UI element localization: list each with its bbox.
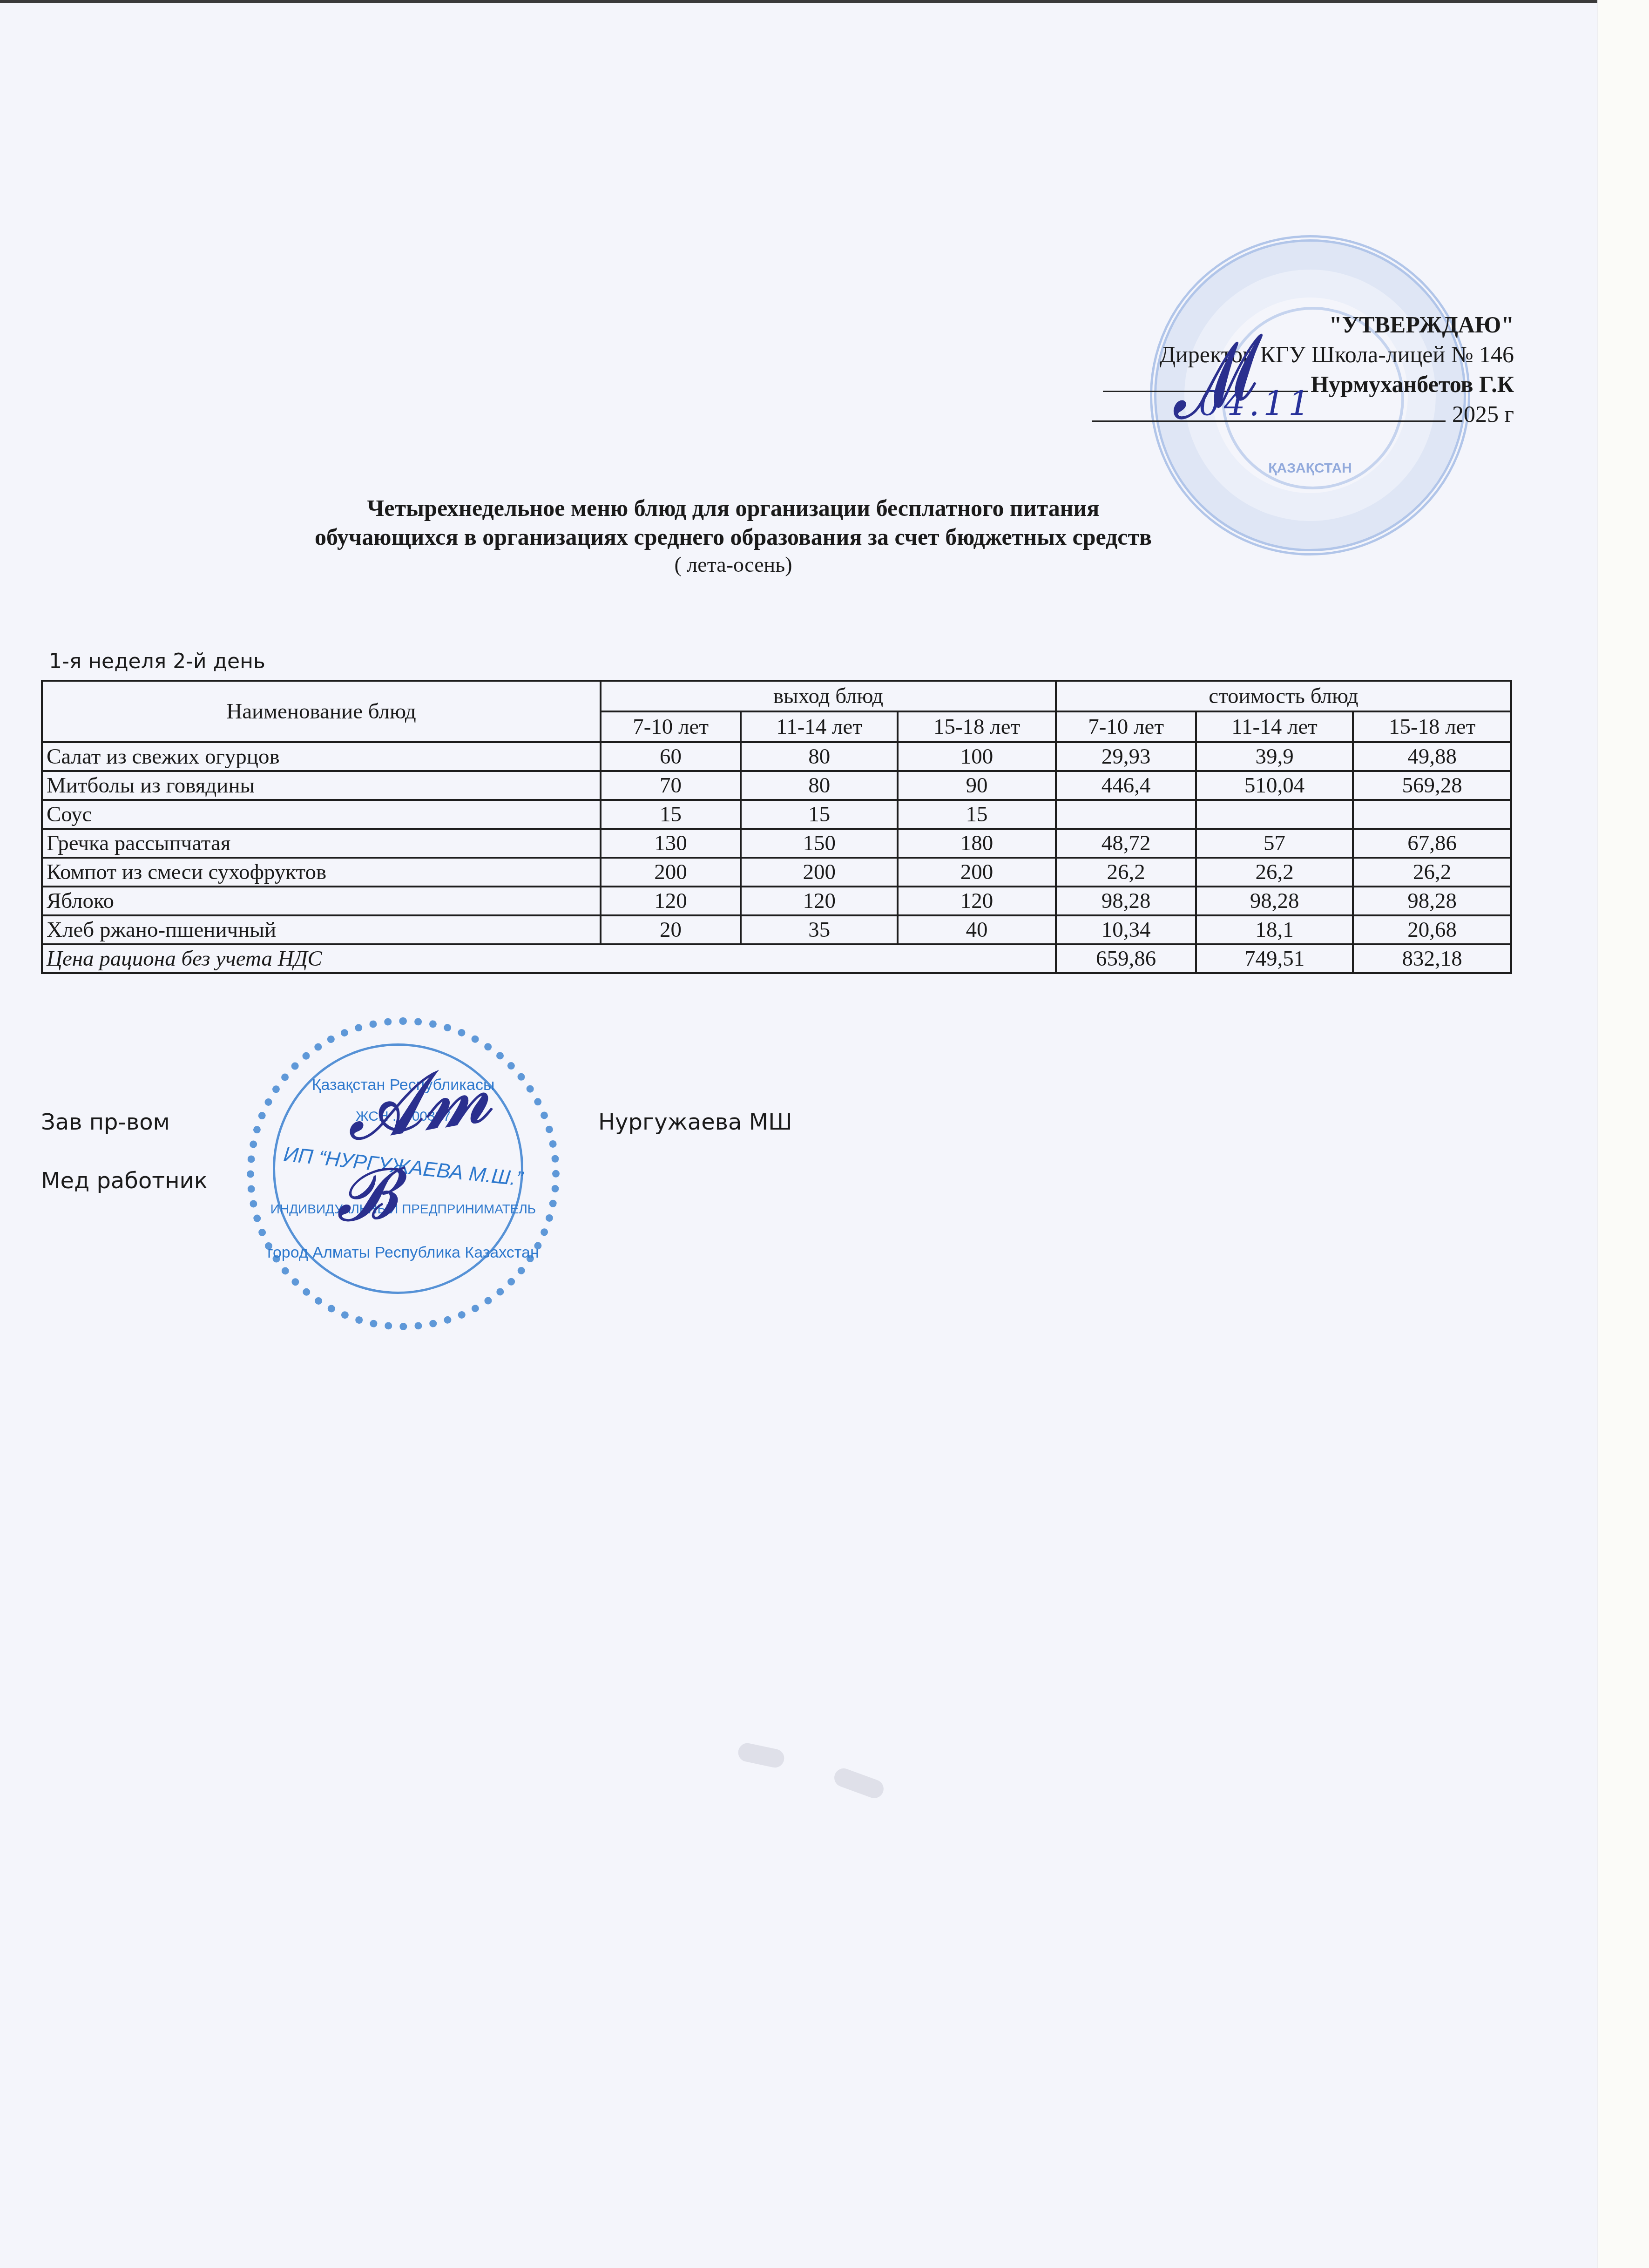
yield-cell: 100 [898,742,1056,771]
cost-cell: 98,28 [1056,887,1196,915]
table-row: Салат из свежих огурцов608010029,9339,94… [42,742,1511,771]
yield-cell: 40 [898,915,1056,944]
cost-cell: 20,68 [1353,915,1511,944]
cost-cell: 510,04 [1196,771,1353,800]
cost-cell [1056,800,1196,829]
document-title: Четырехнедельное меню блюд для организац… [0,494,1467,578]
cost-cell: 569,28 [1353,771,1511,800]
approval-name: Нурмуханбетов Г.К [1311,371,1514,397]
dish-name: Митболы из говядины [42,771,601,800]
yield-cell: 200 [741,858,898,887]
cost-cell: 446,4 [1056,771,1196,800]
total-cost: 749,51 [1196,944,1353,973]
dish-name: Яблоко [42,887,601,915]
table-row: Гречка рассыпчатая13015018048,725767,86 [42,829,1511,858]
table-row: Яблоко12012012098,2898,2898,28 [42,887,1511,915]
table-row: Хлеб ржано-пшеничный20354010,3418,120,68 [42,915,1511,944]
cost-cell: 98,28 [1353,887,1511,915]
approval-year: 2025 г [1452,401,1514,427]
cost-cell: 26,2 [1353,858,1511,887]
yield-cell: 200 [601,858,741,887]
cost-cell: 29,93 [1056,742,1196,771]
age-header: 11-14 лет [741,711,898,742]
yield-cell: 130 [601,829,741,858]
med-signature: 𝓑 [332,1153,399,1239]
yield-cell: 90 [898,771,1056,800]
age-header: 15-18 лет [898,711,1056,742]
menu-body: Салат из свежих огурцов608010029,9339,94… [42,742,1511,973]
yield-cell: 180 [898,829,1056,858]
table-row: Компот из смеси сухофруктов20020020026,2… [42,858,1511,887]
dish-name: Компот из смеси сухофруктов [42,858,601,887]
total-row: Цена рациона без учета НДС659,86749,5183… [42,944,1511,973]
scan-smudge [737,1741,786,1769]
yield-cell: 15 [898,800,1056,829]
date-line: 04.11 [1092,402,1446,422]
yield-cell: 20 [601,915,741,944]
cost-cell: 57 [1196,829,1353,858]
approval-block: "УТВЕРЖДАЮ" Директор КГУ Школа-лицей № 1… [1092,310,1514,429]
stamp-bottom-arc: город Алматы Республика Казахстан [254,1244,552,1262]
title-line-1: Четырехнедельное меню блюд для организац… [0,494,1467,522]
yield-cell: 120 [601,887,741,915]
yield-cell: 150 [741,829,898,858]
cost-cell: 98,28 [1196,887,1353,915]
total-cost: 659,86 [1056,944,1196,973]
dish-name: Хлеб ржано-пшеничный [42,915,601,944]
age-header: 11-14 лет [1196,711,1353,742]
stamp-label: ҚАЗАҚСТАН [1156,460,1464,476]
table-row: Соус151515 [42,800,1511,829]
cost-cell: 67,86 [1353,829,1511,858]
header-cost-group: стоимость блюд [1056,681,1511,711]
stamp-type: ИНДИВИДУАЛЬНЫЙ ПРЕДПРИНИМАТЕЛЬ [254,1202,552,1217]
yield-cell: 15 [601,800,741,829]
cost-cell: 26,2 [1056,858,1196,887]
yield-cell: 15 [741,800,898,829]
header-dish-name: Наименование блюд [42,681,601,742]
yield-cell: 200 [898,858,1056,887]
day-label: 1-я неделя 2-й день [49,650,265,673]
title-line-2: обучающихся в организациях среднего обра… [0,522,1467,551]
zav-role: Зав пр-вом [41,1109,170,1135]
dish-name: Соус [42,800,601,829]
med-role: Мед работник [41,1168,208,1194]
header-yield-group: выход блюд [601,681,1056,711]
yield-cell: 80 [741,771,898,800]
yield-cell: 70 [601,771,741,800]
zav-name: Нургужаева МШ [598,1109,792,1135]
cost-cell: 26,2 [1196,858,1353,887]
age-header: 15-18 лет [1353,711,1511,742]
cost-cell: 10,34 [1056,915,1196,944]
dish-name: Гречка рассыпчатая [42,829,601,858]
title-season: ( лета-осень) [0,551,1467,578]
age-header: 7-10 лет [601,711,741,742]
yield-cell: 120 [741,887,898,915]
scan-smudge [831,1766,886,1801]
yield-cell: 60 [601,742,741,771]
yield-cell: 80 [741,742,898,771]
cost-cell: 18,1 [1196,915,1353,944]
table-row: Митболы из говядины708090446,4510,04569,… [42,771,1511,800]
yield-cell: 35 [741,915,898,944]
cost-cell: 49,88 [1353,742,1511,771]
cost-cell: 39,9 [1196,742,1353,771]
cost-cell [1353,800,1511,829]
page-edge [1597,0,1649,2268]
dish-name: Салат из свежих огурцов [42,742,601,771]
menu-table: Наименование блюд выход блюд стоимость б… [41,680,1512,974]
total-label: Цена рациона без учета НДС [42,944,1056,973]
cost-cell [1196,800,1353,829]
approval-heading: "УТВЕРЖДАЮ" [1092,310,1514,339]
scan-edge [0,0,1649,3]
age-header: 7-10 лет [1056,711,1196,742]
yield-cell: 120 [898,887,1056,915]
total-cost: 832,18 [1353,944,1511,973]
cost-cell: 48,72 [1056,829,1196,858]
